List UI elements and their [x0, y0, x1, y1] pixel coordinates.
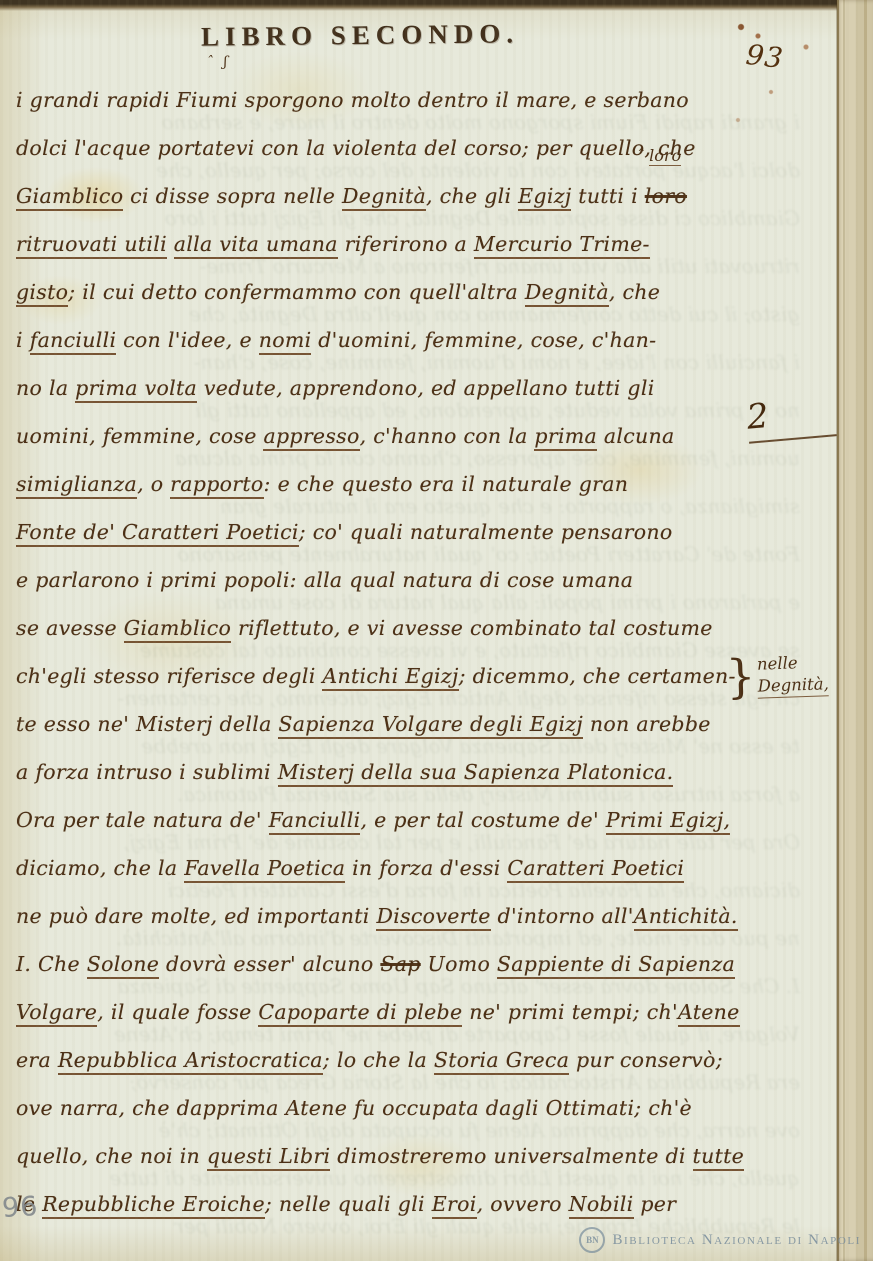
manuscript-text-segment: ; nelle quali gli	[265, 1192, 432, 1216]
manuscript-line: e parlarono i primi popoli: alla qual na…	[16, 556, 764, 604]
interlinear-insertion-loro: ˆ loro	[636, 146, 681, 165]
library-watermark: BN Biblioteca Nazionale di Napoli	[579, 1227, 861, 1253]
manuscript-text-segment: dovrà esser' alcuno	[159, 952, 380, 976]
manuscript-line: se avesse Giamblico riflettuto, e vi ave…	[16, 604, 764, 652]
manuscript-text-segment: : e che questo era il naturale gran	[264, 472, 629, 496]
manuscript-text-segment: ritruovati utili	[16, 232, 167, 259]
manuscript-line: ne può dare molte, ed importanti Discove…	[16, 892, 764, 940]
manuscript-text-segment: Eroi	[432, 1192, 477, 1219]
manuscript-line: i grandi rapidi Fiumi sporgono molto den…	[16, 76, 764, 124]
manuscript-text-segment: , e per tal costume de'	[360, 808, 605, 832]
manuscript-text-segment: i	[16, 328, 30, 352]
manuscript-line: quello, che noi in questi Libri dimostre…	[16, 1132, 764, 1180]
manuscript-text-segment: e parlarono i primi popoli: alla qual na…	[16, 568, 633, 592]
margin-brace-icon: {	[725, 653, 756, 700]
manuscript-text-segment: Sap	[380, 952, 420, 976]
manuscript-text-segment: ; il cui detto confermammo con quell'alt…	[68, 280, 525, 304]
manuscript-text-segment: d'uomini, femmine, cose, c'han-	[311, 328, 656, 352]
manuscript-text-segment: alcuna	[597, 424, 675, 448]
manuscript-text-segment: questi Libri	[207, 1144, 331, 1171]
next-leaf-right-edge	[836, 0, 873, 1261]
manuscript-text-segment: a forza intruso i sublimi	[16, 760, 278, 784]
biblioteca-nazionale-logo-icon: BN	[579, 1227, 605, 1253]
manuscript-text-segment: Repubbliche Eroiche	[42, 1192, 265, 1219]
manuscript-text-segment: te esso ne' Misterj della	[16, 712, 278, 736]
manuscript-text-segment: dolci l'acque portatevi con la violenta …	[16, 136, 696, 160]
manuscript-text-segment: i grandi rapidi Fiumi sporgono molto den…	[16, 88, 689, 112]
manuscript-text-segment: Discoverte	[376, 904, 490, 931]
manuscript-text-segment: Favella Poetica	[184, 856, 345, 883]
manuscript-line: Volgare, il quale fosse Capoparte di ple…	[16, 988, 764, 1036]
manuscript-text-segment: d'intorno all'	[491, 904, 634, 928]
manuscript-line: Ora per tale natura de' Fanciulli, e per…	[16, 796, 764, 844]
manuscript-text-segment: Volgare	[16, 1000, 97, 1027]
manuscript-text-segment: Sapienza Volgare degli Egizj	[278, 712, 583, 739]
manuscript-line: ch'egli stesso riferisce degli Antichi E…	[16, 652, 764, 700]
manuscript-line: Giamblico ci disse sopra nelle Degnità, …	[16, 172, 764, 220]
manuscript-text-segment: uomini, femmine, cose	[16, 424, 263, 448]
manuscript-text-segment: I. Che	[16, 952, 87, 976]
manuscript-text-segment: Sappiente di Sapienza	[497, 952, 735, 979]
manuscript-page: i grandi rapidi Fiumi sporgono molto den…	[0, 0, 873, 1261]
manuscript-text-segment: alla vita umana	[174, 232, 338, 259]
manuscript-line: le Repubbliche Eroiche; nelle quali gli …	[16, 1180, 764, 1228]
manuscript-line: i fanciulli con l'idee, e nomi d'uomini,…	[16, 316, 764, 364]
manuscript-text-segment: ne' primi tempi; ch'	[462, 1000, 678, 1024]
manuscript-text-segment: pur conservò;	[569, 1048, 723, 1072]
manuscript-text-segment: Ora per tale natura de'	[16, 808, 269, 832]
manuscript-text-segment: Degnità	[525, 280, 609, 307]
manuscript-text-segment: era	[16, 1048, 58, 1072]
manuscript-text-segment: ci disse sopra nelle	[123, 184, 342, 208]
manuscript-text-segment: , che gli	[426, 184, 518, 208]
manuscript-text-segment: con l'idee, e	[116, 328, 258, 352]
manuscript-text-segment: Antichi Egizj	[322, 664, 458, 691]
folio-number: 93	[744, 38, 785, 75]
manuscript-text-segment: riflettuto, e vi avesse combinato tal co…	[231, 616, 713, 640]
manuscript-text-segment: Fanciulli	[269, 808, 361, 835]
manuscript-line: I. Che Solone dovrà esser' alcuno Sap Uo…	[16, 940, 764, 988]
manuscript-text-segment: appresso	[263, 424, 359, 451]
manuscript-text-segment: nomi	[259, 328, 312, 355]
manuscript-text-segment: Misterj della sua Sapienza Platonica.	[278, 760, 674, 787]
manuscript-line: ove narra, che dapprima Atene fu occupat…	[16, 1084, 764, 1132]
manuscript-line: uomini, femmine, cose appresso, c'hanno …	[16, 412, 764, 460]
manuscript-text-segment	[167, 232, 174, 256]
manuscript-text-segment: se avesse	[16, 616, 124, 640]
manuscript-text-segment: Giamblico	[16, 184, 123, 211]
manuscript-text-segment: Capoparte di plebe	[258, 1000, 462, 1027]
manuscript-line: Fonte de' Caratteri Poetici; co' quali n…	[16, 508, 764, 556]
manuscript-text-segment: loro	[645, 184, 687, 208]
manuscript-text-segment: prima volta	[75, 376, 197, 403]
manuscript-text-segment: per	[634, 1192, 677, 1216]
manuscript-text-segment: , c'hanno con la	[360, 424, 535, 448]
manuscript-text-segment: in forza d'essi	[345, 856, 507, 880]
manuscript-text-segment: ch'egli stesso riferisce degli	[16, 664, 322, 688]
insertion-word: loro	[649, 146, 681, 166]
manuscript-text-segment: Fonte de' Caratteri Poetici	[16, 520, 299, 547]
manuscript-line: era Repubblica Aristocratica; lo che la …	[16, 1036, 764, 1084]
manuscript-text-segment: riferirono a	[338, 232, 474, 256]
manuscript-text-segment: , che	[609, 280, 660, 304]
manuscript-text-segment: , ovvero	[477, 1192, 569, 1216]
library-watermark-label: Biblioteca Nazionale di Napoli	[612, 1232, 861, 1249]
manuscript-text-segment: Egizj	[518, 184, 571, 211]
manuscript-text-segment: ; dicemmo, che certamen-	[459, 664, 736, 688]
margin-note-line: Degnità,	[757, 673, 829, 698]
manuscript-text-segment: Nobili	[569, 1192, 634, 1219]
manuscript-text-segment: Mercurio Trime-	[474, 232, 650, 259]
manuscript-text-segment: Repubblica Aristocratica	[58, 1048, 323, 1075]
manuscript-text-segment: Primi Egizj,	[606, 808, 731, 835]
manuscript-text-segment: ne può dare molte, ed importanti	[16, 904, 376, 928]
manuscript-line: te esso ne' Misterj della Sapienza Volga…	[16, 700, 764, 748]
manuscript-text-segment: Storia Greca	[434, 1048, 569, 1075]
manuscript-line: ritruovati utili alla vita umana riferir…	[16, 220, 764, 268]
manuscript-line: a forza intruso i sublimi Misterj della …	[16, 748, 764, 796]
margin-note: { nelle Degnità,	[725, 650, 829, 700]
manuscript-text-segment: , il quale fosse	[97, 1000, 258, 1024]
manuscript-text-segment: ; co' quali naturalmente pensarono	[299, 520, 673, 544]
manuscript-line: no la prima volta vedute, apprendono, ed…	[16, 364, 764, 412]
manuscript-line: diciamo, che la Favella Poetica in forza…	[16, 844, 764, 892]
manuscript-lines: i grandi rapidi Fiumi sporgono molto den…	[16, 76, 764, 1228]
manuscript-line: simiglianza, o rapporto: e che questo er…	[16, 460, 764, 508]
manuscript-text-segment: simiglianza	[16, 472, 137, 499]
manuscript-text-segment: Atene	[678, 1000, 740, 1027]
manuscript-text-segment: quello, che noi in	[16, 1144, 207, 1168]
manuscript-text-segment: Degnità	[342, 184, 426, 211]
manuscript-text-segment: Antichità.	[634, 904, 738, 931]
manuscript-line: gisto; il cui detto confermammo con quel…	[16, 268, 764, 316]
manuscript-text-segment: rapporto	[170, 472, 263, 499]
manuscript-text-segment: Giamblico	[124, 616, 231, 643]
manuscript-text-segment: Caratteri Poetici	[507, 856, 684, 883]
manuscript-text-segment: diciamo, che la	[16, 856, 184, 880]
interlinear-insertion-marks: ˆ ʃ	[206, 54, 230, 70]
manuscript-text-segment: dimostreremo universalmente di	[330, 1144, 692, 1168]
page-title: LIBRO SECONDO.	[110, 17, 610, 53]
manuscript-text-segment: tutte	[693, 1144, 745, 1171]
manuscript-text-segment: gisto	[16, 280, 68, 307]
manuscript-text-segment: tutti i	[571, 184, 644, 208]
manuscript-text-segment: no la	[16, 376, 75, 400]
margin-numeral-mark: 2	[745, 390, 837, 443]
manuscript-text-segment: non arebbe	[583, 712, 711, 736]
manuscript-text-segment: ove narra, che dapprima Atene fu occupat…	[16, 1096, 692, 1120]
insertion-caret: ˆ	[636, 146, 649, 165]
manuscript-text-segment: prima	[534, 424, 597, 451]
manuscript-text-segment: Uomo	[421, 952, 497, 976]
manuscript-text-segment: fanciulli	[30, 328, 117, 355]
manuscript-text-segment: vedute, apprendono, ed appellano tutti g…	[197, 376, 655, 400]
pencil-foliation-number: 96	[1, 1191, 39, 1224]
margin-note-line: nelle	[757, 651, 829, 675]
binding-top-edge	[0, 0, 873, 11]
manuscript-text-segment: Solone	[87, 952, 159, 979]
manuscript-text-segment: , o	[137, 472, 170, 496]
manuscript-text-segment: ; lo che la	[323, 1048, 434, 1072]
